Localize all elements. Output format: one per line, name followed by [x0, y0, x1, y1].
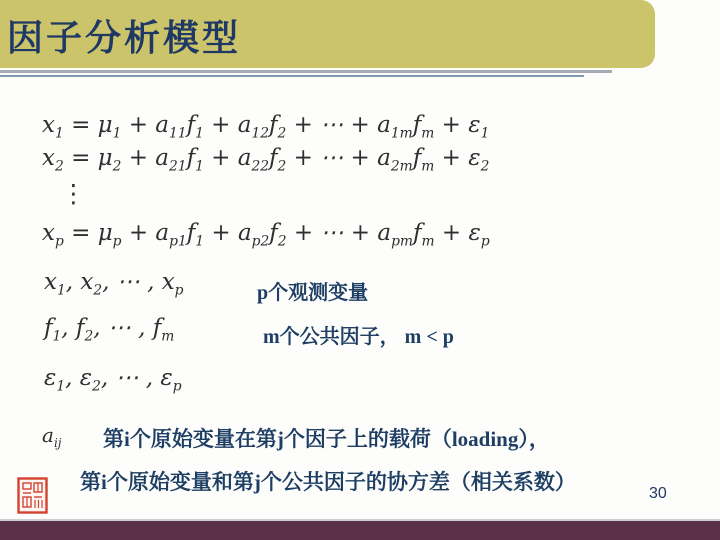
equation-line-2: x2 = μ2 + a21f1 + a22f2 + ⋯ + a2mfm + ε2 [42, 146, 489, 171]
slide-canvas: 因子分析模型 x1 = μ1 + a11f1 + a12f2 + ⋯ + a1m… [0, 0, 720, 540]
symbols-common-factors: f1, f2, ⋯ , fm [44, 316, 174, 341]
equation-line-1: x1 = μ1 + a11f1 + a12f2 + ⋯ + a1mfm + ε1 [42, 113, 489, 138]
label-common-factors: m个公共因子， m < p [263, 320, 454, 349]
seal-stamp-icon [17, 477, 48, 514]
header-divider-thick [0, 70, 612, 73]
symbol-loading-aij: aij [42, 424, 62, 446]
vertical-dots: ⋮ [61, 181, 86, 206]
label-observed-variables: p个观测变量 [257, 276, 368, 305]
slide-title: 因子分析模型 [7, 10, 241, 61]
footer-bar [0, 521, 720, 540]
symbols-error-terms: ε1, ε2, ⋯ , εp [44, 366, 182, 391]
page-number: 30 [649, 485, 667, 503]
equation-line-p: xp = μp + ap1f1 + ap2f2 + ⋯ + apmfm + εp [42, 221, 490, 246]
label-loading-line-1: 第i个原始变量在第j个因子上的载荷（loading）， [103, 423, 550, 453]
header-divider-thin [0, 75, 584, 77]
label-loading-line-2: 第i个原始变量和第j个公共因子的协方差（相关系数） [80, 466, 576, 496]
symbols-observed-variables: x1, x2, ⋯ , xp [44, 270, 184, 295]
